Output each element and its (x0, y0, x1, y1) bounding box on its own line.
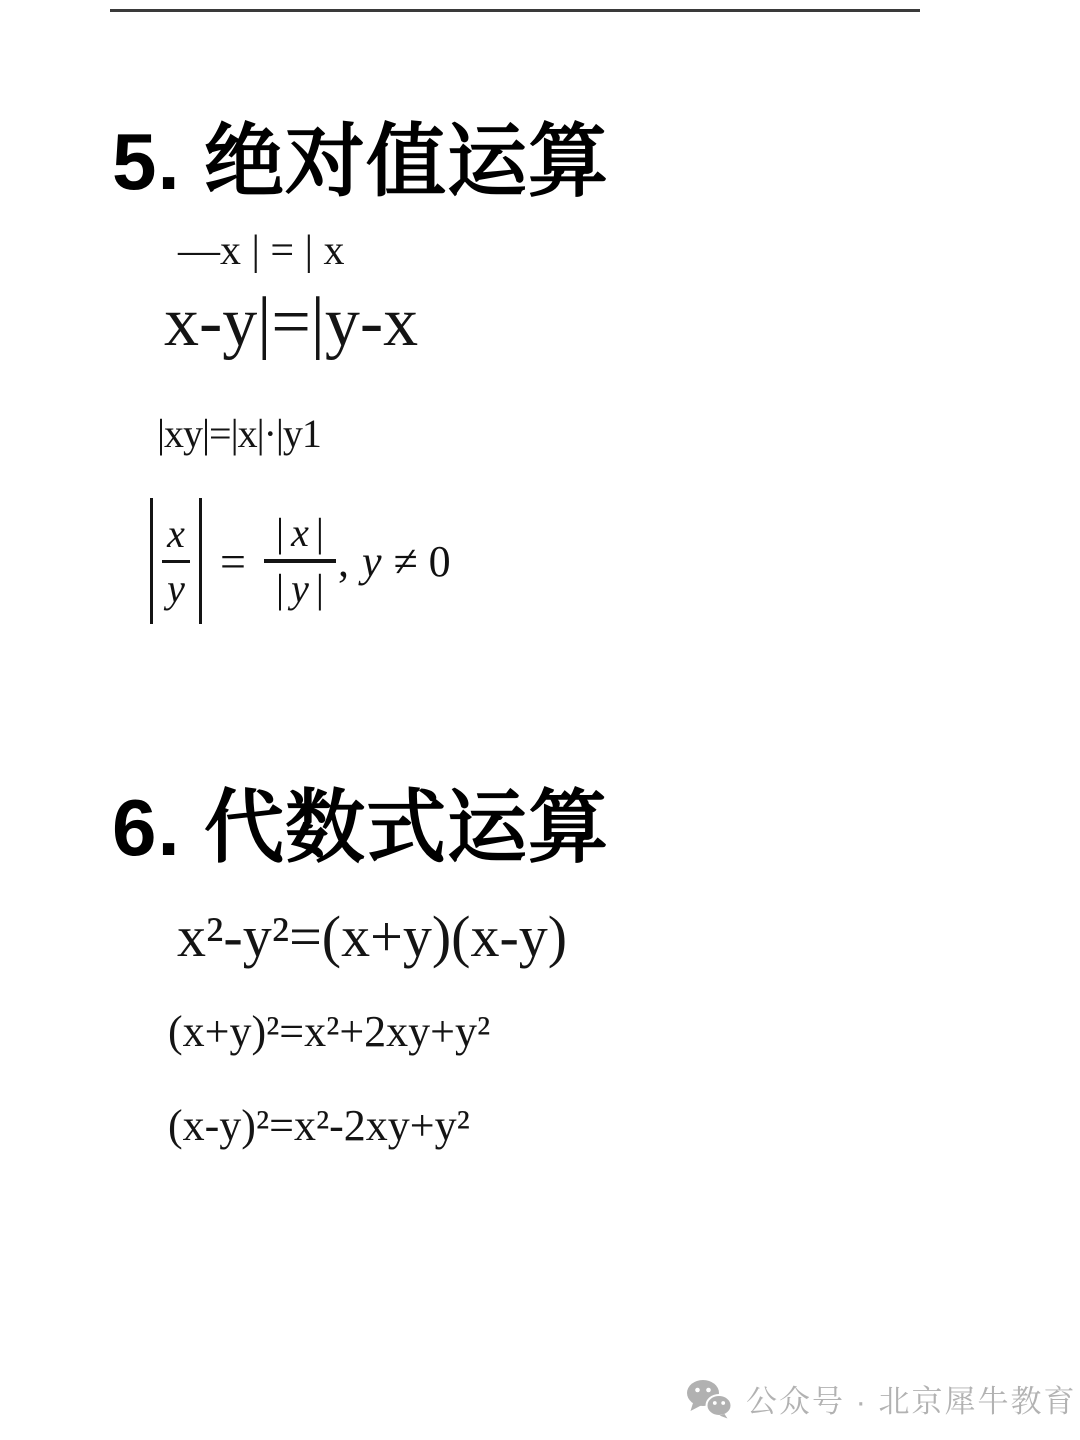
formula-square-of-sum: (x+y)²=x²+2xy+y² (168, 1010, 490, 1054)
variable-y: y (362, 536, 382, 587)
document-page: 5. 绝对值运算 —x | = | x x-y|=|y-x |xy|=|x|·|… (0, 0, 1080, 1440)
fraction-numerator: x (167, 514, 185, 554)
section-heading-algebraic: 6. 代数式运算 (112, 788, 609, 868)
fraction-denominator: y (167, 569, 185, 609)
variable-y: y (291, 569, 309, 609)
section-heading-absolute-value: 5. 绝对值运算 (112, 122, 609, 202)
formula-abs-difference-swap: x-y|=|y-x (164, 288, 418, 358)
formula-abs-quotient: x y = | x | | y | , y ≠ 0 (150, 497, 451, 625)
formula-difference-of-squares: x²-y²=(x+y)(x-y) (177, 908, 567, 966)
quotient-condition: , y ≠ 0 (338, 536, 451, 587)
wechat-icon (686, 1379, 732, 1419)
not-equal-zero: ≠ 0 (393, 536, 450, 587)
formula-abs-product: |xy|=|x|·|y1 (157, 414, 321, 454)
footer-badge: 公众号 · 北京犀牛教育 (686, 1376, 1077, 1421)
footer-label: 公众号 · 北京犀牛教育 (746, 1376, 1077, 1421)
fraction-absx-over-absy: | x | | y | (264, 513, 336, 609)
abs-bar-glyph: | (316, 569, 324, 609)
top-divider (110, 9, 920, 12)
comma: , (338, 536, 349, 587)
equals-sign: = (220, 535, 246, 588)
abs-bar-left (150, 498, 153, 624)
fraction-denominator: | y | (276, 569, 324, 609)
fraction-bar (264, 559, 336, 563)
abs-bar-glyph: | (276, 569, 284, 609)
fraction-bar (162, 560, 190, 563)
abs-bar-glyph: | (316, 513, 324, 553)
abs-bar-right (199, 498, 202, 624)
formula-square-of-difference: (x-y)²=x²-2xy+y² (168, 1104, 470, 1148)
abs-bar-glyph: | (276, 513, 284, 553)
variable-x: x (291, 513, 309, 553)
formula-abs-negation: —x | = | x (178, 230, 345, 272)
fraction-x-over-y: x y (162, 514, 190, 609)
fraction-numerator: | x | (276, 513, 324, 553)
